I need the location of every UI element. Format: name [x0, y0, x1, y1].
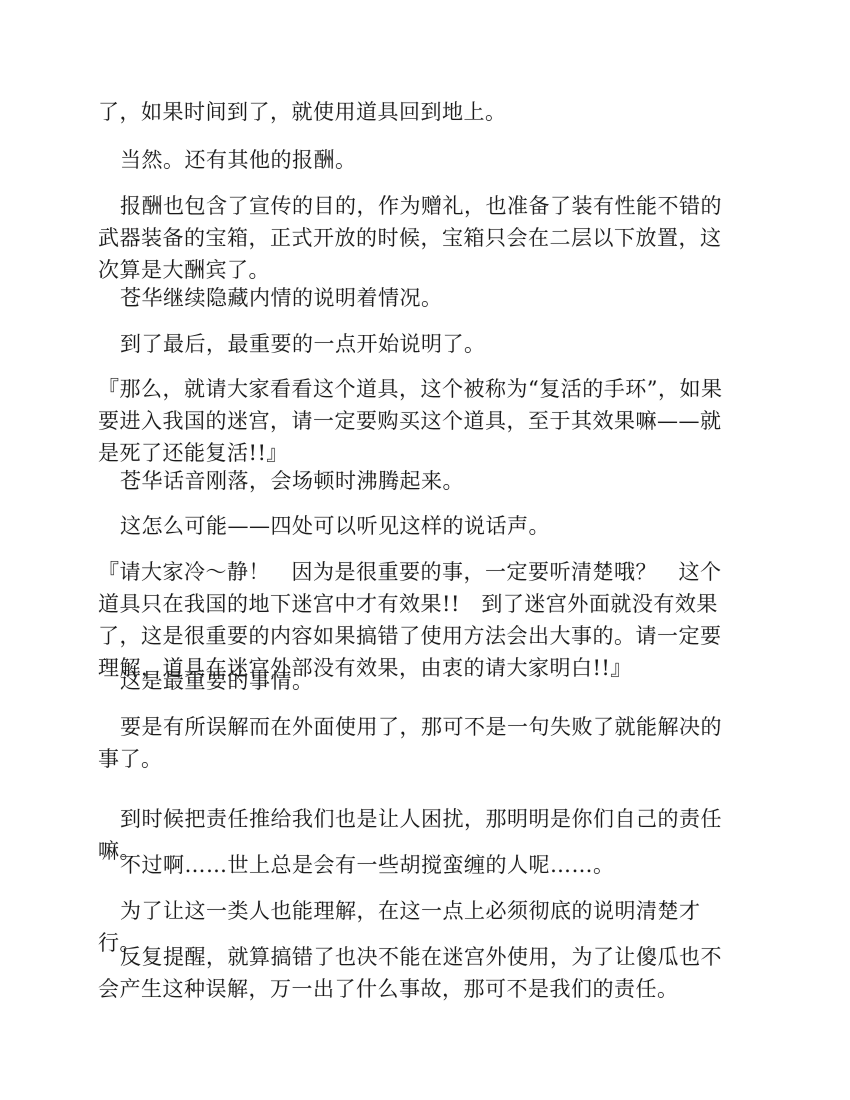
paragraph-2: 当然。还有其他的报酬。 — [98, 144, 734, 176]
paragraph-1: 了，如果时间到了，就使用道具回到地上。 — [98, 96, 734, 128]
paragraph-4: 苍华继续隐藏内情的说明着情况。 — [98, 282, 734, 314]
paragraph-7: 苍华话音刚落，会场顿时沸腾起来。 — [98, 465, 734, 497]
document-page: 了，如果时间到了，就使用道具回到地上。 当然。还有其他的报酬。 报酬也包含了宣传… — [0, 0, 850, 1100]
paragraph-11: 要是有所误解而在外面使用了，那可不是一句失败了就能解决的事了。 — [98, 711, 734, 775]
paragraph-3: 报酬也包含了宣传的目的，作为赠礼，也准备了装有性能不错的武器装备的宝箱，正式开放… — [98, 190, 734, 286]
paragraph-6-dialogue: 『那么，就请大家看看这个道具，这个被称为“复活的手环”，如果要进入我国的迷宫，请… — [98, 373, 734, 469]
paragraph-8: 这怎么可能——四处可以听见这样的说话声。 — [98, 510, 734, 542]
paragraph-10: 这是最重要的事情。 — [98, 665, 734, 697]
paragraph-15: 反复提醒，就算搞错了也决不能在迷宫外使用，为了让傻瓜也不会产生这种误解，万一出了… — [98, 941, 734, 1005]
paragraph-5: 到了最后，最重要的一点开始说明了。 — [98, 328, 734, 360]
paragraph-13: 不过啊……世上总是会有一些胡搅蛮缠的人呢……。 — [98, 849, 734, 881]
